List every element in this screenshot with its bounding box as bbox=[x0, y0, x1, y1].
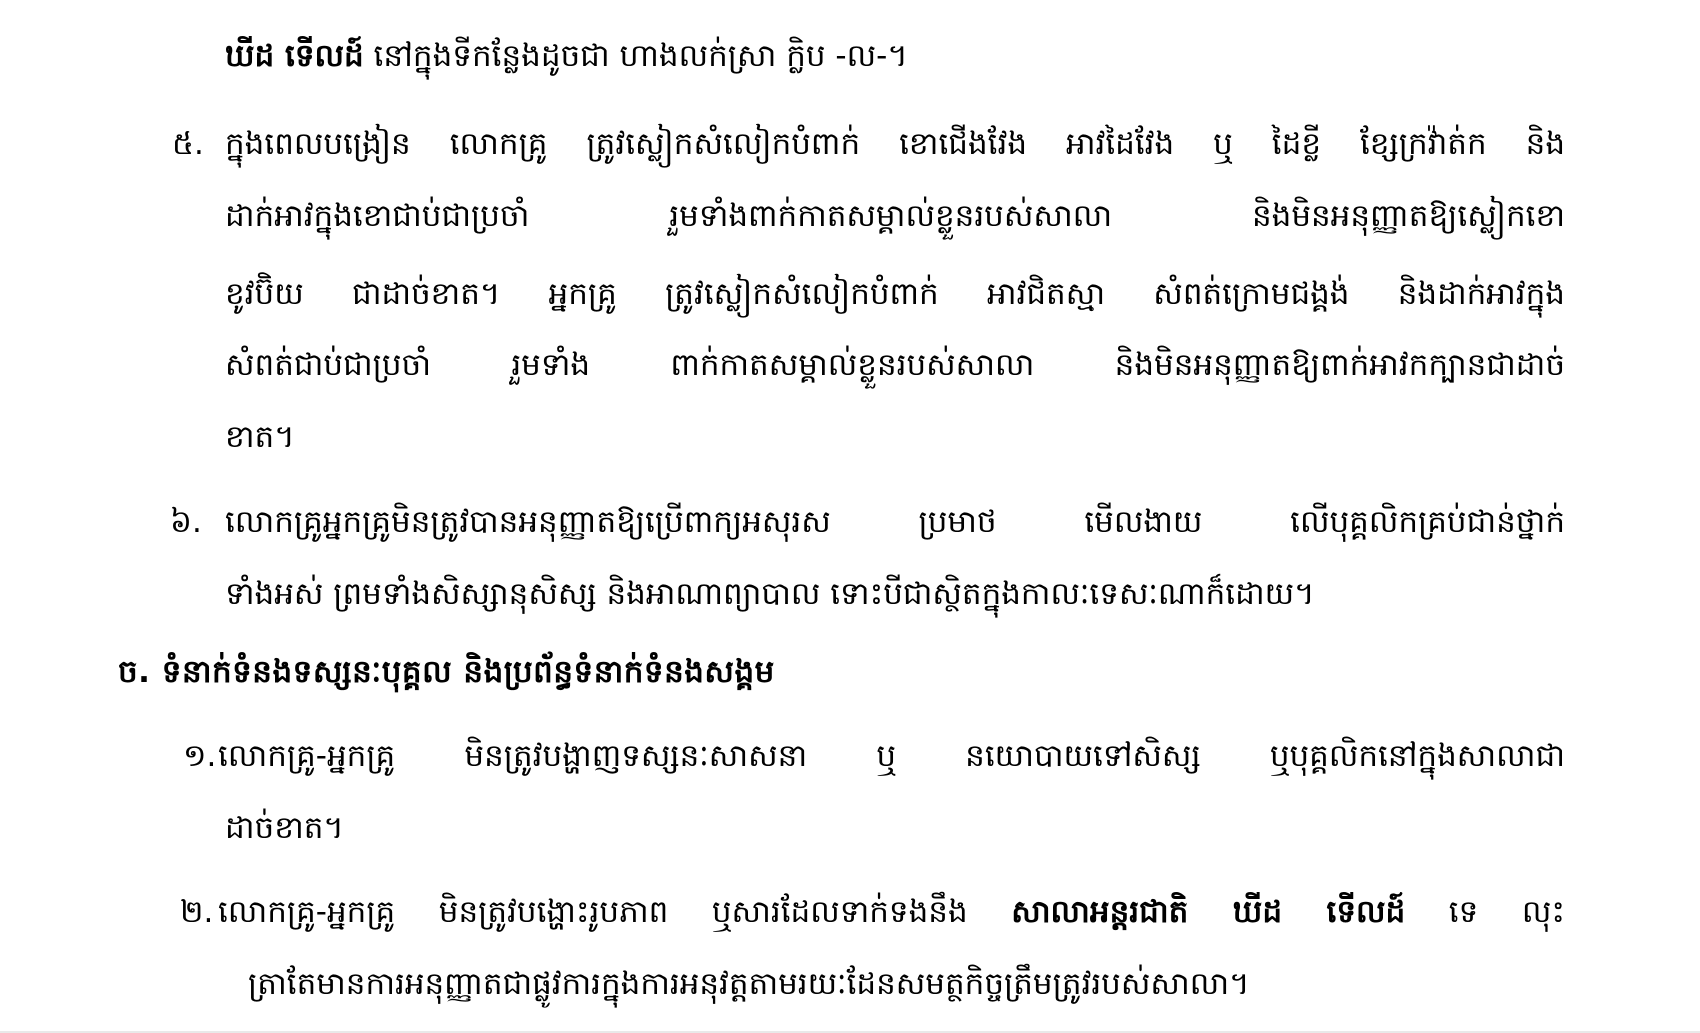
school-name: ឃីដ ទើលដ៍ bbox=[225, 38, 364, 74]
item1-number: ១. bbox=[183, 732, 216, 780]
item2-text-pre: លោកគ្រូ-អ្នកគ្រូ មិនត្រូវបង្ហោះរូបភាព ឬស… bbox=[218, 894, 1011, 930]
item5-line-5: ខាត។ bbox=[225, 413, 295, 461]
item6-line-1: លោកគ្រូអ្នកគ្រូមិនត្រូវបានអនុញ្ញាតឱ្យប្រ… bbox=[225, 498, 1565, 546]
item1-line-1: លោកគ្រូ-អ្នកគ្រូ មិនត្រូវបង្ហាញទស្សនៈសាស… bbox=[218, 732, 1565, 780]
section-heading: ច. ទំនាក់ទំនងទស្សនៈបុគ្គល និងប្រព័ន្ធទំន… bbox=[118, 648, 775, 696]
item5-line-2: ដាក់អាវក្នុងខោជាប់ជាប្រចាំ រួមទាំងពាក់កា… bbox=[225, 192, 1565, 240]
item6-number: ៦. bbox=[170, 498, 202, 546]
item2-line-1: លោកគ្រូ-អ្នកគ្រូ មិនត្រូវបង្ហោះរូបភាព ឬស… bbox=[218, 888, 1565, 936]
item2-line-2: ត្រាតែមានការអនុញ្ញាតជាផ្លូវការក្នុងការអន… bbox=[248, 960, 1250, 1008]
item5-number: ៥. bbox=[172, 120, 204, 168]
document-page: ឃីដ ទើលដ៍ នៅក្នុងទីកន្លែងដូចជា ហាងលក់ស្រ… bbox=[0, 0, 1700, 1033]
item5-line-1: ក្នុងពេលបង្រៀន លោកគ្រូ ត្រូវស្លៀកសំលៀកបំ… bbox=[225, 120, 1565, 168]
item2-number: ២. bbox=[180, 888, 213, 936]
item5-line-3: ខូវប៊ិយ ជាដាច់ខាត។ អ្នកគ្រូ ត្រូវស្លៀកសំ… bbox=[225, 270, 1565, 318]
section-label: ច. bbox=[118, 654, 150, 690]
item5-line-4: សំពត់ជាប់ជាប្រចាំ រួមទាំង ពាក់កាតសម្គាល់… bbox=[225, 341, 1565, 389]
item1-line-2: ដាច់ខាត។ bbox=[225, 804, 344, 852]
intro-text: នៅក្នុងទីកន្លែងដូចជា ហាងលក់ស្រា ក្លិប -ល… bbox=[364, 38, 908, 74]
section-title: ទំនាក់ទំនងទស្សនៈបុគ្គល និងប្រព័ន្ធទំនាក់… bbox=[150, 654, 774, 690]
school-full-name: សាលាអន្តរជាតិ ឃីដ ទើលដ៍ bbox=[1011, 894, 1405, 930]
item6-line-2: ទាំងអស់ ព្រមទាំងសិស្សានុសិស្ស និងអាណាព្យ… bbox=[225, 570, 1315, 618]
item2-text-post: ទេ លុះ bbox=[1405, 894, 1565, 930]
intro-line: ឃីដ ទើលដ៍ នៅក្នុងទីកន្លែងដូចជា ហាងលក់ស្រ… bbox=[225, 32, 908, 80]
